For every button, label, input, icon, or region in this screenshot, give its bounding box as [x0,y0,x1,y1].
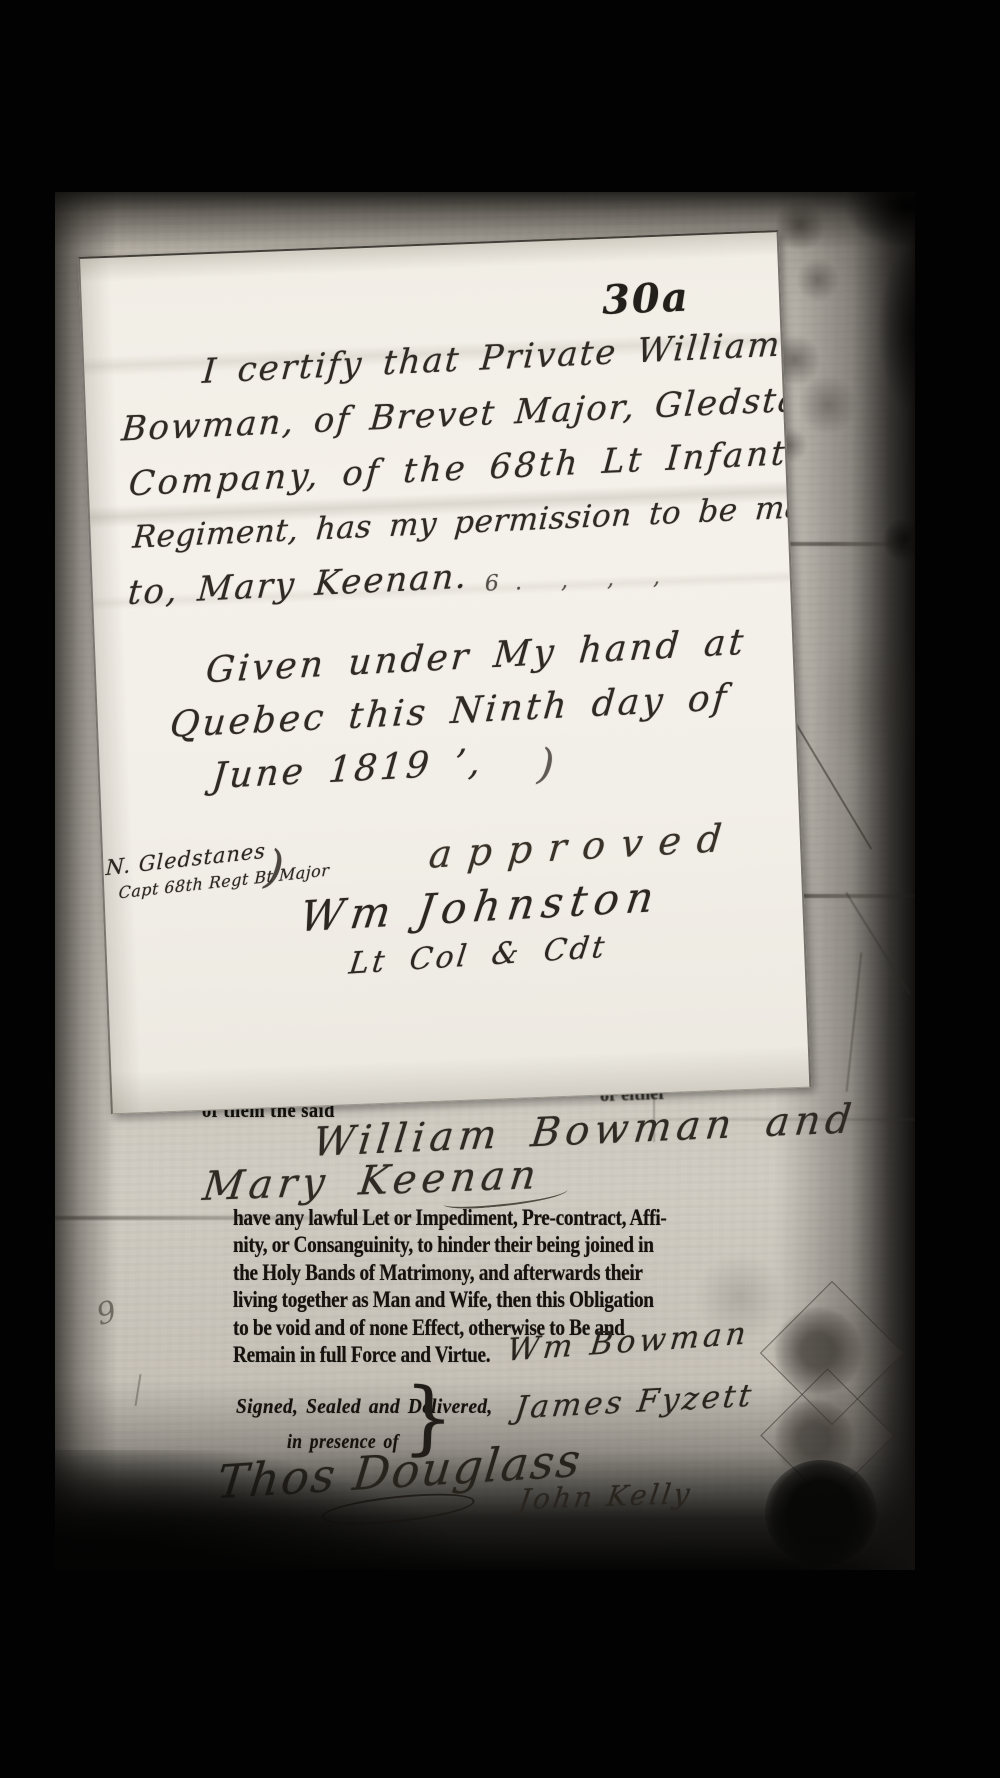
bond-paragraph-line: have any lawful Let or Impediment, Pre-c… [233,1204,666,1231]
given-line-3: June 1819 ’, [210,742,485,797]
scratch-vertical-right [846,952,863,1091]
bond-paragraph-line: the Holy Bands of Matrimony, and afterwa… [233,1259,666,1286]
bond-paragraph-line: nity, or Consanguinity, to hinder their … [233,1231,666,1258]
approval-word: approved [427,815,740,877]
page-number: 30a [601,274,690,324]
certificate-line-5: to, Mary Keenan. [126,556,469,613]
pencil-margin-mark: 9 [93,1294,120,1333]
permission-certificate-sheet: 30a I certify that Private William Bowma… [78,230,811,1114]
signature-witness2: John Kelly [517,1477,695,1516]
stray-ink-marks: 6. , , , [484,564,676,596]
ink-stain-blob [796,258,840,302]
scanned-document-page: or either of them the said William Bowma… [0,0,1000,1778]
shading-right [815,622,915,782]
fold-line-right-mid [797,894,915,898]
certificate-line-1: I certify that Private William [201,324,783,391]
inserted-name-line2: Mary Keenan [200,1152,543,1210]
approver-rank: Lt Col & Cdt [347,930,609,982]
pencil-tick [135,1374,141,1406]
ink-spot-right-edge [883,518,915,562]
seal-wafer-diamond-bottom [760,1368,894,1502]
bond-paragraph-line: living together as Man and Wife, then th… [233,1286,666,1313]
scratch-diagonal-lower [794,720,873,849]
crease-diagonal-right [845,892,910,995]
ink-stain-blob [774,199,826,251]
inserted-name-line1: William Bowman and [311,1096,859,1166]
ink-stain-blob [798,375,858,435]
signature-surety: James Fyzett [513,1378,756,1427]
date-flourish-mark: ) [536,739,556,789]
